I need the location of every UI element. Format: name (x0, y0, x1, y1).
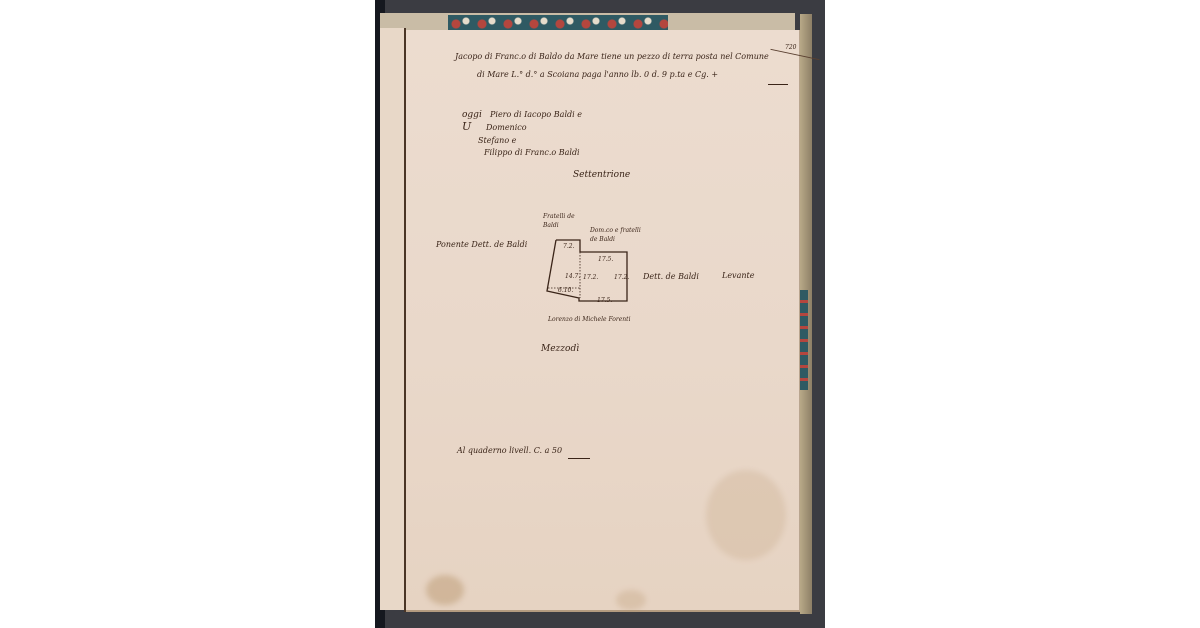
folio-number: 720 (785, 44, 796, 51)
header-line-1: Jacopo di Franc.o di Baldo da Mare tiene… (455, 52, 769, 61)
measure-center: 17.2. (583, 274, 598, 281)
owners-bracket: U (462, 120, 471, 133)
owner-name: Piero di Iacopo Baldi e (490, 110, 582, 119)
footer-underline (568, 458, 590, 459)
label-north: Settentrione (573, 170, 630, 180)
header-line-2: di Mare L.° d.° a Scoiana paga l'anno lb… (477, 70, 718, 79)
label-west: Ponente Dett. de Baldi (436, 240, 527, 249)
measure-bottom: 17.5. (597, 297, 612, 304)
measure-left-inner: 14.7. (565, 273, 580, 280)
marbled-edge-pattern (800, 290, 808, 390)
measure-right: 17.2. (614, 274, 629, 281)
owner-name: Filippo di Franc.o Baldi (484, 148, 580, 157)
footer-reference: Al quaderno livell. C. a 50 (457, 446, 562, 455)
water-stain (616, 590, 646, 610)
manuscript-scan (375, 0, 825, 628)
label-east-neighbor: Dett. de Baldi (643, 272, 699, 281)
measure-top: 17.5. (598, 256, 613, 263)
label-south-neighbor: Lorenzo di Michele Forenti (548, 316, 631, 323)
water-stain (426, 575, 464, 605)
water-stain (706, 470, 786, 560)
left-flyleaf (380, 28, 404, 610)
land-plot-diagram (540, 232, 650, 312)
label-east: Levante (722, 271, 754, 280)
header-dash (768, 84, 788, 85)
owner-name: Domenico (486, 123, 527, 132)
measure-bottom-left: 6.10. (558, 287, 573, 294)
label-south: Mezzodì (541, 344, 579, 354)
measure-top-small: 7.2. (563, 243, 574, 250)
owners-prefix: oggi (462, 110, 482, 120)
owner-name: Stefano e (478, 136, 516, 145)
label-top-left-neighbor: Fratelli de Baldi (543, 212, 575, 230)
